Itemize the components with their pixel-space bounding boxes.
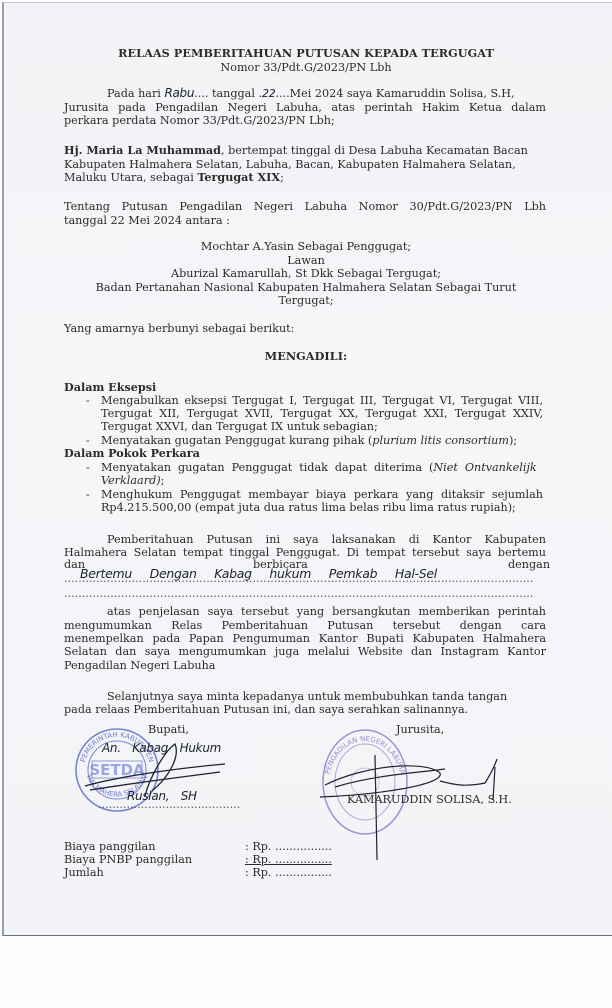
pokok-item-1-suffix: ; <box>161 474 165 487</box>
intro-line2: Jurusita pada Pengadilan Negeri Labuha, … <box>64 101 546 114</box>
document-title: RELAAS PEMBERITAHUAN PUTUSAN KEPADA TERG… <box>0 47 612 60</box>
penjelasan-line4: Selatan dan saya mengumumkan juga melalu… <box>64 645 546 658</box>
pokok-item-1-line2: Verklaard); <box>101 474 543 487</box>
pelaksanaan-line1: Pemberitahuan Putusan ini saya laksanaka… <box>107 533 546 546</box>
hari-handwritten: Rabu <box>164 86 194 100</box>
dotted-line: ........................................… <box>64 587 546 600</box>
party-line3-prefix: Maluku Utara, sebagai <box>64 171 197 184</box>
jurusita-name: KAMARUDDIN SOLISA, S.H. <box>347 793 512 806</box>
bullet-dash: - <box>86 394 90 407</box>
party-role: Tergugat XIX <box>197 170 280 184</box>
party-line3-suffix: ; <box>280 171 284 184</box>
penjelasan-line2: mengumumkan Relas Pemberitahuan Putusan … <box>64 619 546 632</box>
party-line3: Maluku Utara, sebagai Tergugat XIX; <box>64 171 284 184</box>
pada-hari-label: Pada hari <box>107 87 161 100</box>
pokok-item-1-prefix: Menyatakan gugatan Penggugat tidak dapat… <box>101 461 433 474</box>
tanggal-label: tanggal . <box>212 87 262 100</box>
party-name: Hj. Maria La Muhammad <box>64 143 221 157</box>
fee-label: Biaya PNBP panggilan <box>64 853 192 866</box>
fee-label: Biaya panggilan <box>64 840 155 853</box>
signature-left-dots: ........................................ <box>98 798 240 811</box>
party-line1: Hj. Maria La Muhammad, bertempat tinggal… <box>64 144 528 157</box>
parties-list-item: Badan Pertanahan Nasional Kabupaten Halm… <box>0 281 612 294</box>
pokok-item-2-line1: Menghukum Penggugat membayar biaya perka… <box>101 488 543 501</box>
party-line1-rest: , bertempat tinggal di Desa Labuha Kecam… <box>221 144 528 157</box>
intro-line3: perkara perdata Nomor 33/Pdt.G/2023/PN L… <box>64 114 335 127</box>
eksepsi-item-2-italic: plurium litis consortium <box>372 434 509 447</box>
eksepsi-item-2-suffix: ); <box>509 434 517 447</box>
eksepsi-heading: Dalam Eksepsi <box>64 381 156 394</box>
bullet-dash: - <box>86 488 90 501</box>
bupati-label: Bupati, <box>148 723 189 736</box>
parties-list-item: Tergugat; <box>0 294 612 307</box>
penutup-line1: Selanjutnya saya minta kepadanya untuk m… <box>107 690 507 703</box>
amar-intro: Yang amarnya berbunyi sebagai berikut: <box>64 322 294 335</box>
mengadili-heading: MENGADILI: <box>0 350 612 363</box>
dotted-line: ........................................… <box>64 572 546 585</box>
fee-label: Jumlah <box>64 866 104 879</box>
parties-list-item: Aburizal Kamarullah, St Dkk Sebagai Terg… <box>0 267 612 280</box>
tanggal-handwritten: 22 <box>262 87 275 100</box>
eksepsi-item-1-line1: Mengabulkan eksepsi Tergugat I, Tergugat… <box>101 394 543 407</box>
intro-line1: Pada hari Rabu.... tanggal .22....Mei 20… <box>107 87 515 100</box>
penutup-line2: pada relaas Pemberitahuan Putusan ini, d… <box>64 703 468 716</box>
tentang-line2: tanggal 22 Mei 2024 antara : <box>64 214 230 227</box>
pelaksanaan-dengan: dengan <box>508 558 550 571</box>
penjelasan-line3: menempelkan pada Papan Pengumuman Kantor… <box>64 632 546 645</box>
pokok-item-1-italic2: Verklaard) <box>101 474 161 487</box>
eksepsi-item-1-line3: Tergugat XXVI, dan Tergugat IX untuk seb… <box>101 420 543 433</box>
bullet-dash: - <box>86 461 90 474</box>
pokok-item-1-italic: Niet Ontvankelijk <box>433 461 536 474</box>
eksepsi-item-1-line2: Tergugat XII, Tergugat XVII, Tergugat XX… <box>101 407 543 420</box>
fee-value: : Rp. ................ <box>245 840 332 853</box>
pokok-heading: Dalam Pokok Perkara <box>64 447 200 460</box>
parties-list-item: Mochtar A.Yasin Sebagai Penggugat; <box>0 240 612 253</box>
parties-list-item: Lawan <box>0 254 612 267</box>
tentang-line1: Tentang Putusan Pengadilan Negeri Labuha… <box>64 200 546 213</box>
penjelasan-line5: Pengadilan Negeri Labuha <box>64 659 215 672</box>
document-number: Nomor 33/Pdt.G/2023/PN Lbh <box>0 61 612 74</box>
party-line2: Kabupaten Halmahera Selatan, Labuha, Bac… <box>64 158 516 171</box>
pokok-item-2-line2: Rp4.215.500,00 (empat juta dua ratus lim… <box>101 501 543 514</box>
hari-dots: .... <box>194 87 208 100</box>
fee-value: : Rp. ................ <box>245 866 332 879</box>
pokok-item-1-line1: Menyatakan gugatan Penggugat tidak dapat… <box>101 461 543 474</box>
fee-value: : Rp. ................ <box>245 853 332 866</box>
tanggal-suffix: ....Mei 2024 saya Kamaruddin Solisa, S.H… <box>275 87 514 100</box>
jurusita-label: Jurusita, <box>396 723 444 736</box>
penjelasan-line1: atas penjelasan saya tersebut yang bersa… <box>107 605 546 618</box>
